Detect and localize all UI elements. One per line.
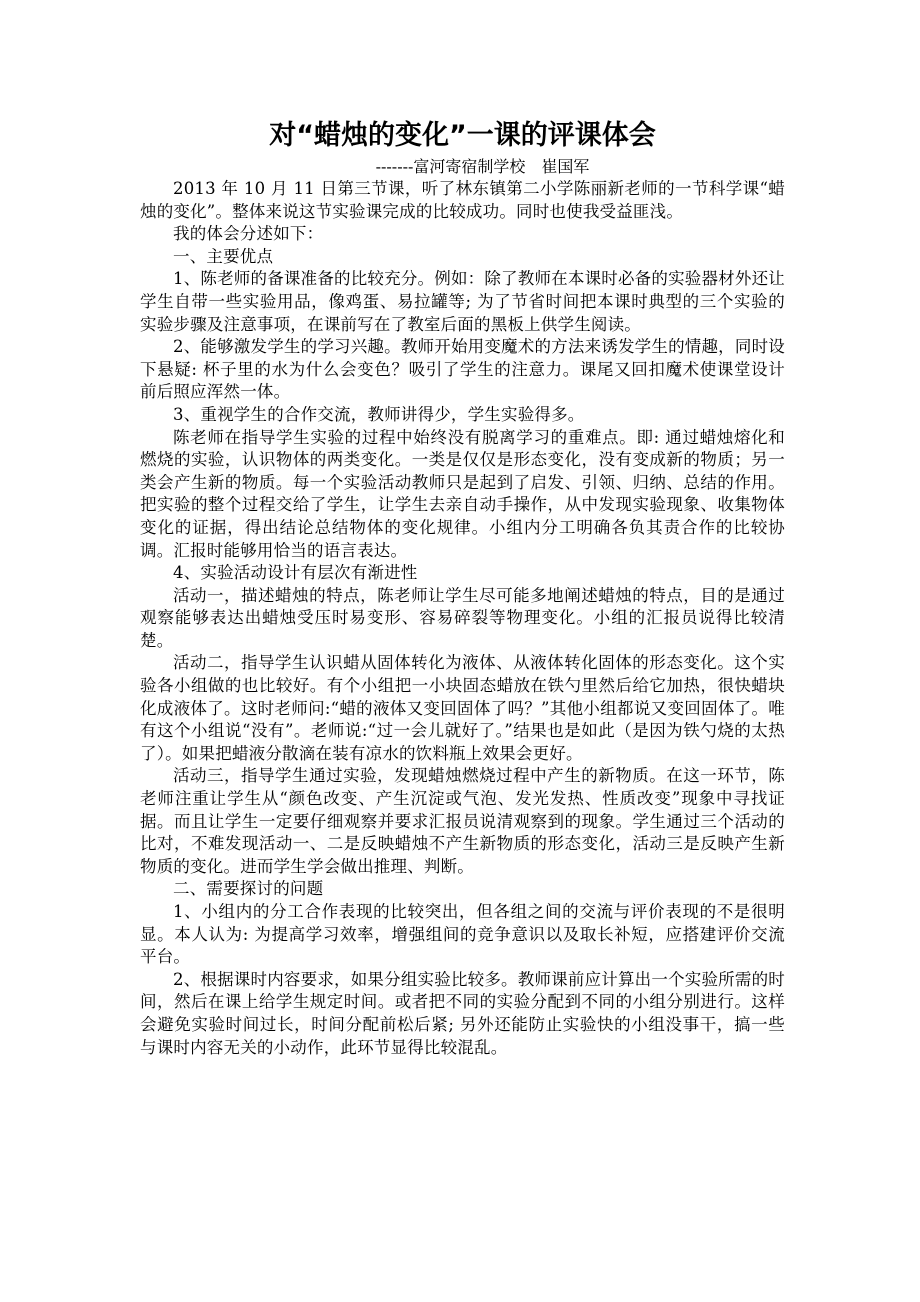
section-heading-strengths: 一、主要优点 — [140, 246, 785, 269]
paragraph-issue-2: 2、根据课时内容要求，如果分组实验比较多。教师课前应计算出一个实验所需的时间，然… — [140, 969, 785, 1059]
document-title: 对“蜡烛的变化”一课的评课体会 — [140, 116, 785, 156]
paragraph-strength-1: 1、陈老师的备课准备的比较充分。例如：除了教师在本课时必备的实验器材外还让学生自… — [140, 268, 785, 336]
paragraph-activity-1: 活动一，描述蜡烛的特点，陈老师让学生尽可能多地阐述蜡烛的特点，目的是通过观察能够… — [140, 585, 785, 653]
author-byline: -------富河寄宿制学校 崔国军 — [140, 156, 785, 178]
paragraph-issue-1: 1、小组内的分工合作表现的比较突出，但各组之间的交流与评价表现的不是很明显。本人… — [140, 901, 785, 969]
paragraph-strength-2: 2、能够激发学生的学习兴趣。教师开始用变魔术的方法来诱发学生的情趣，同时设下悬疑… — [140, 336, 785, 404]
paragraph-strength-3-detail: 陈老师在指导学生实验的过程中始终没有脱离学习的重难点。即: 通过蜡烛熔化和燃烧的… — [140, 427, 785, 563]
section-heading-issues: 二、需要探讨的问题 — [140, 878, 785, 901]
paragraph-activity-2: 活动二，指导学生认识蜡从固体转化为液体、从液体转化固体的形态变化。这个实验各小组… — [140, 652, 785, 765]
paragraph-intro: 2013 年 10 月 11 日第三节课，听了林东镇第二小学陈丽新老师的一节科学… — [140, 178, 785, 223]
paragraph-strength-4: 4、实验活动设计有层次有渐进性 — [140, 562, 785, 585]
paragraph-strength-3: 3、重视学生的合作交流，教师讲得少，学生实验得多。 — [140, 404, 785, 427]
paragraph-overview: 我的体会分述如下： — [140, 223, 785, 246]
document-page: 对“蜡烛的变化”一课的评课体会 -------富河寄宿制学校 崔国军 2013 … — [140, 116, 785, 1059]
paragraph-activity-3: 活动三，指导学生通过实验，发现蜡烛燃烧过程中产生的新物质。在这一环节，陈老师注重… — [140, 765, 785, 878]
